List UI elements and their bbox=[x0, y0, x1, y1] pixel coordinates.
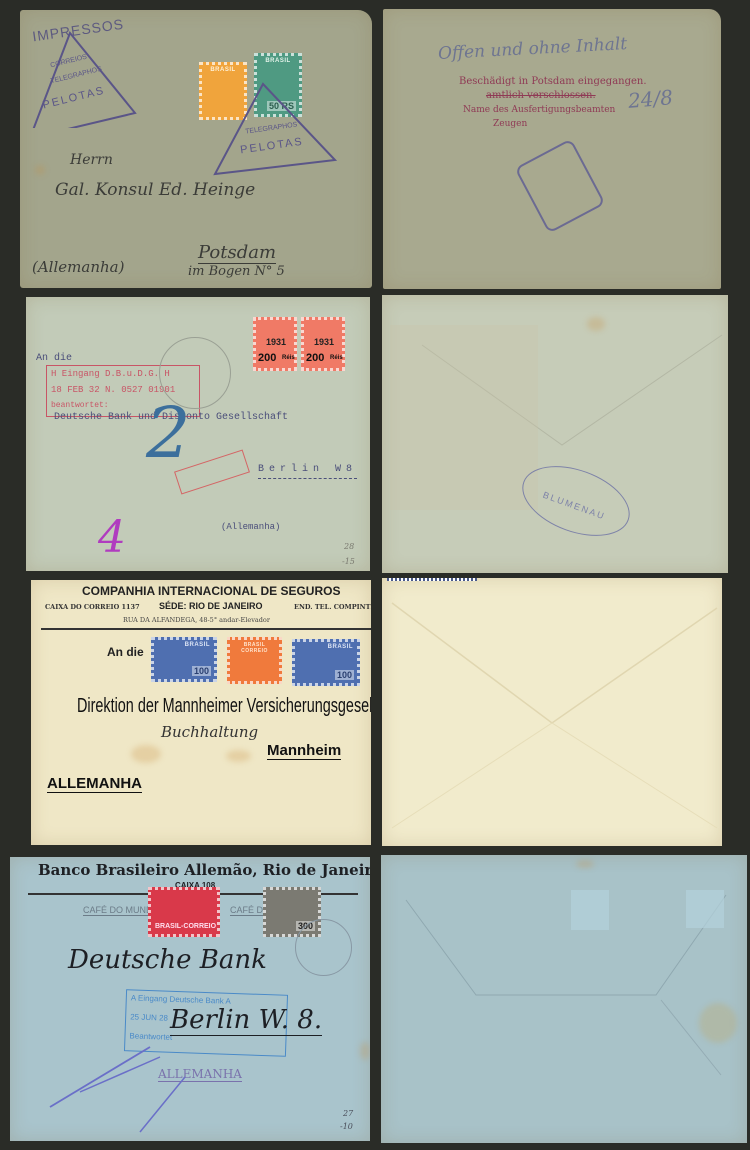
cover-1-front: IMPRESSOS CORREIOS TELEGRAPHOS PELOTAS B… bbox=[20, 10, 372, 288]
address-line: Gal. Konsul Ed. Heinge bbox=[55, 180, 255, 200]
salutation: An die bbox=[107, 645, 144, 659]
stamp-overprint: 1931 200 Réis bbox=[253, 317, 297, 371]
letterhead-address: RUA DA ALFANDEGA, 48-5° andar-Elevador bbox=[123, 616, 270, 624]
cover-2-back: BLUMENAU bbox=[382, 295, 728, 573]
address-country: (Allemanha) bbox=[221, 522, 280, 532]
address-country: (Allemanha) bbox=[32, 258, 124, 276]
border-edge bbox=[387, 578, 477, 581]
pencil-note: 24/8 bbox=[627, 85, 674, 113]
rect-cancel bbox=[514, 138, 605, 233]
stamp-red: BRASIL-CORREIO bbox=[148, 887, 220, 937]
address-city: Berlin W. 8. bbox=[170, 1005, 322, 1036]
cover-3-front: COMPANHIA INTERNACIONAL DE SEGUROS CAIXA… bbox=[31, 580, 371, 845]
pencil-note: 27 bbox=[343, 1109, 353, 1118]
stain bbox=[131, 745, 161, 763]
stain bbox=[576, 860, 594, 868]
circular-cancel bbox=[295, 919, 352, 976]
printed-line: Zeugen bbox=[493, 119, 527, 129]
pencil-note: -10 bbox=[340, 1122, 353, 1131]
stain bbox=[587, 317, 605, 331]
letterhead-center: SÉDE: RIO DE JANEIRO bbox=[159, 601, 263, 611]
printed-line: Name des Ausfertigungsbeamten bbox=[463, 105, 615, 115]
stamp-orange: BRASIL CORREIO bbox=[227, 637, 282, 684]
stain bbox=[360, 1042, 370, 1060]
cover-2-front: An die H Eingang D.B.u.D.G. H 18 FEB 32 … bbox=[26, 297, 370, 571]
address-city: Mannheim bbox=[267, 742, 341, 760]
stamp-overprint: 1931 200 Réis bbox=[301, 317, 345, 371]
letterhead-right: END. TEL. COMPINTER bbox=[294, 603, 371, 611]
stamp-ghost bbox=[571, 890, 609, 930]
blue-crayon-mark: 2 bbox=[146, 392, 191, 474]
crayon-strokes bbox=[40, 1027, 190, 1137]
address-city: Berlin W8 bbox=[258, 464, 357, 479]
letterhead-rule bbox=[41, 628, 371, 630]
stain bbox=[226, 750, 251, 762]
department: Buchhaltung bbox=[161, 723, 258, 741]
cover-3-back bbox=[382, 578, 722, 846]
pencil-note: 28 bbox=[344, 542, 354, 551]
address-country: ALLEMANHA bbox=[47, 775, 142, 793]
cover-4-front: Banco Brasileiro Allemão, Rio de Janeiro… bbox=[10, 857, 370, 1141]
purple-crayon-mark: 4 bbox=[98, 512, 126, 563]
letterhead-left: CAIXA DO CORREIO 1137 bbox=[45, 603, 140, 611]
pencil-note: -15 bbox=[342, 557, 355, 566]
triangle-cancel-1 bbox=[25, 28, 140, 128]
printed-line: amtlich verschlossen. bbox=[486, 90, 596, 101]
stain bbox=[699, 1003, 737, 1043]
cover-4-back bbox=[381, 855, 747, 1143]
envelope-flap bbox=[382, 578, 722, 846]
envelope-flap bbox=[382, 295, 728, 573]
handwritten-note: Offen und ohne Inhalt bbox=[438, 34, 628, 64]
cover-1-back: Offen und ohne Inhalt Beschädigt in Pots… bbox=[383, 9, 721, 289]
printed-line: Beschädigt in Potsdam eingegangen. bbox=[459, 76, 647, 87]
addressee: Deutsche Bank bbox=[68, 945, 267, 975]
letterhead-company: COMPANHIA INTERNACIONAL DE SEGUROS bbox=[82, 584, 340, 598]
stain bbox=[35, 165, 45, 175]
address-street: im Bogen N° 5 bbox=[188, 264, 285, 279]
letterhead-bank: Banco Brasileiro Allemão, Rio de Janeiro bbox=[38, 861, 370, 879]
salutation: An die bbox=[36, 353, 72, 364]
stamp-blue: BRASIL 100 bbox=[151, 637, 217, 682]
stamp-ghost bbox=[686, 890, 724, 928]
addressee: Direktion der Mannheimer Versicherungsge… bbox=[77, 695, 371, 718]
address-city: Potsdam bbox=[198, 242, 276, 264]
stamp-blue: BRASIL 100 bbox=[292, 639, 360, 686]
address-line: Herrn bbox=[70, 152, 113, 168]
